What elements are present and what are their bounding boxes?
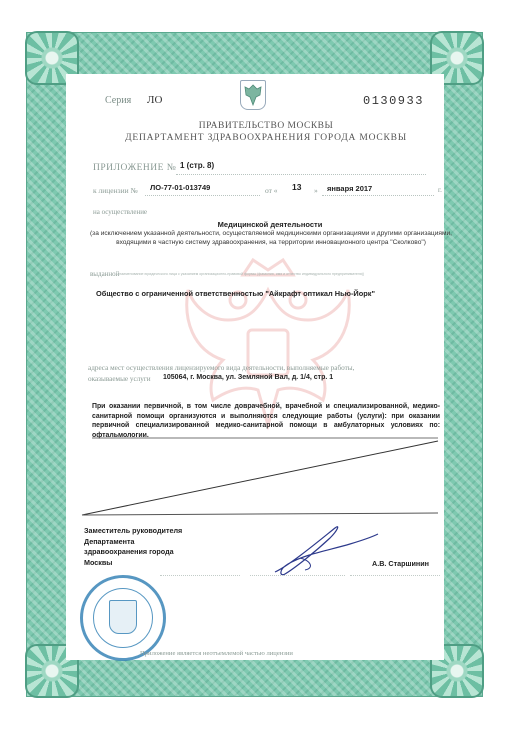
signatory-title-line: Заместитель руководителя [84,526,182,537]
signature-underline [250,575,345,576]
address-label-line1: адреса мест осуществления лицензируемого… [88,364,354,372]
address-value: 105064, г. Москва, ул. Земляной Вал, д. … [163,374,333,381]
moscow-arms-icon [109,600,137,634]
signatory-name: А.В. Старшинин [372,559,429,568]
signatory-title: Заместитель руководителя Департамента зд… [84,526,182,568]
handwritten-signature-icon [260,520,380,580]
date-underline [322,195,434,196]
name-underline [350,575,440,576]
footer-note: Приложение является неотъемлемой частью … [140,650,293,657]
organization-name: Общество с ограниченной ответственностью… [96,289,375,298]
appendix-value: 1 (стр. 8) [180,161,214,170]
activity-title: Медицинской деятельности [80,220,460,229]
signatory-title-line: Департамента [84,537,182,548]
issued-hint: (наименование юридического лица с указан… [118,272,458,276]
issued-label: выданной [90,270,119,278]
license-day: 13 [292,182,301,192]
license-from-label: от « [265,186,278,195]
state-emblem-icon [240,80,266,110]
authority-department: ДЕПАРТАМЕНТ ЗДРАВООХРАНЕНИЯ ГОРОДА МОСКВ… [0,133,532,143]
appendix-underline [176,174,426,175]
appendix-label: ПРИЛОЖЕНИЕ № [93,163,176,173]
address-label-line2: оказываемые услуги [88,375,151,383]
position-underline [160,575,240,576]
year-suffix: г. [438,186,442,194]
license-underline [145,195,260,196]
series-value: ЛО [147,94,162,106]
license-month-year: января 2017 [327,184,372,193]
series-label: Серия [105,95,131,106]
authority-government: ПРАВИТЕЛЬСТВО МОСКВЫ [0,121,532,131]
form-number: 0130933 [363,94,424,108]
license-label: к лицензии № [93,186,138,195]
activity-label: на осуществление [93,208,147,216]
activity-description: (за исключением указанной деятельности, … [82,229,460,247]
signatory-title-line: Москвы [84,558,182,569]
license-number: ЛО-77-01-013749 [150,183,210,192]
license-day-close: » [314,186,318,195]
works-description: При оказании первичной, в том числе довр… [92,402,440,440]
signatory-title-line: здравоохранения города [84,547,182,558]
official-seal [80,575,166,661]
